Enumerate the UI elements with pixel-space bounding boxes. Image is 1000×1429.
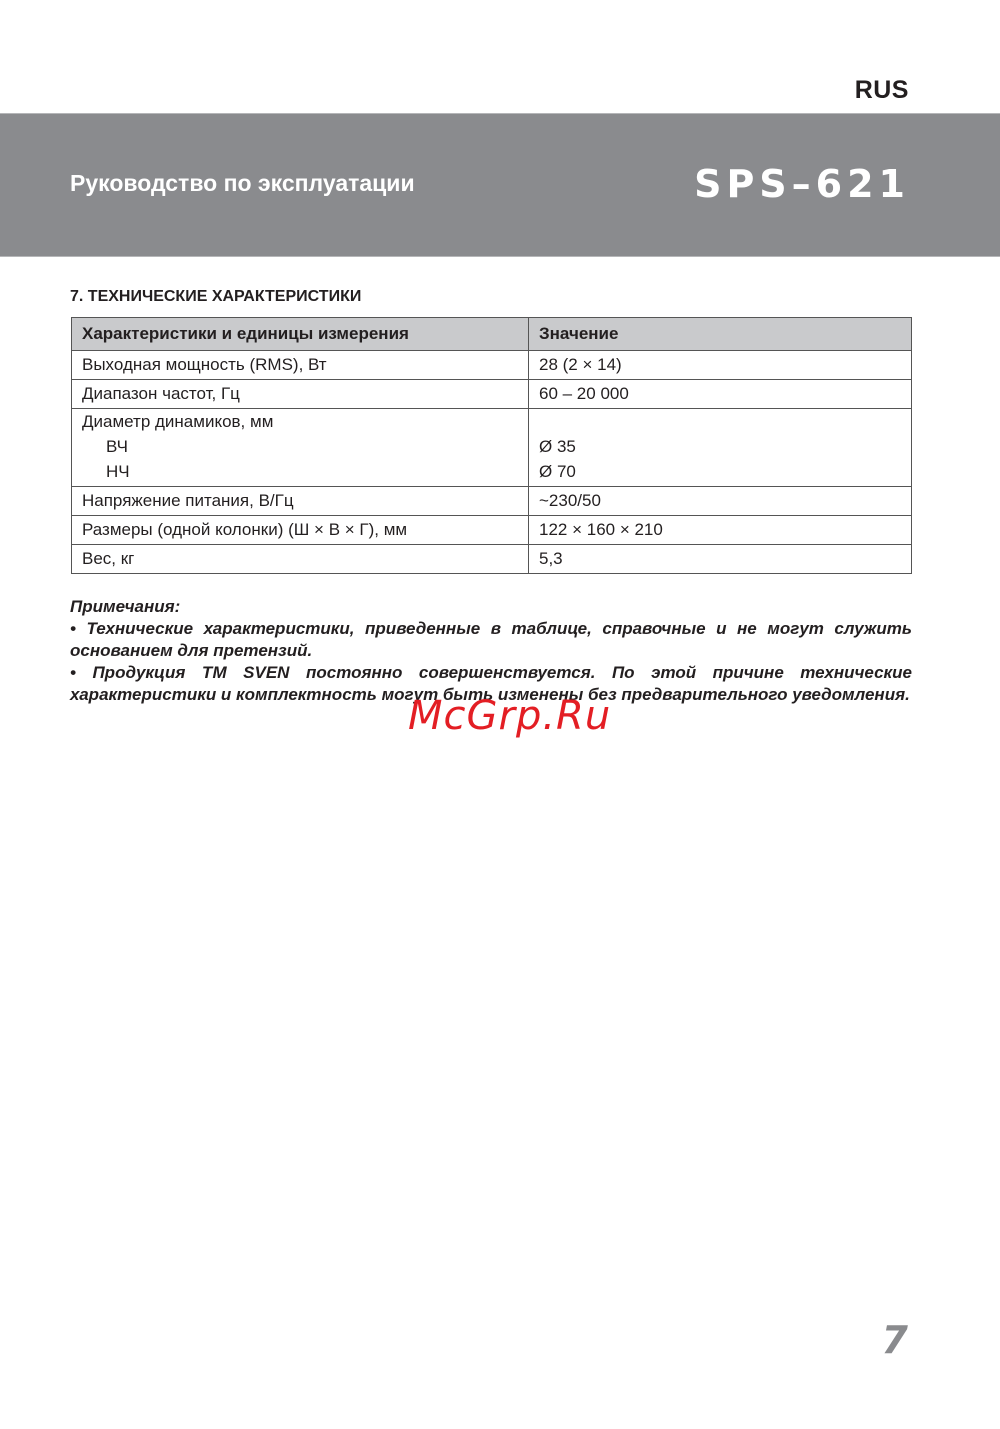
model-name: SPS–621 xyxy=(694,162,910,206)
language-label: RUS xyxy=(855,76,909,105)
row-value-group: Ø 35 Ø 70 xyxy=(529,409,912,487)
table-row: Выходная мощность (RMS), Вт 28 (2 × 14) xyxy=(72,351,912,380)
section-title: 7. ТЕХНИЧЕСКИЕ ХАРАКТЕРИСТИКИ xyxy=(70,288,361,306)
table-row: Вес, кг 5,3 xyxy=(72,545,912,574)
table-row: Напряжение питания, В/Гц ~230/50 xyxy=(72,487,912,516)
row-subvalue-hf: Ø 35 xyxy=(539,434,901,459)
row-label: Вес, кг xyxy=(72,545,529,574)
row-value: ~230/50 xyxy=(529,487,912,516)
row-value: 28 (2 × 14) xyxy=(529,351,912,380)
row-value: 60 – 20 000 xyxy=(529,380,912,409)
row-label-group: Диаметр динамиков, мм ВЧ НЧ xyxy=(72,409,529,487)
notes-block: Примечания: • Технические характеристики… xyxy=(70,596,912,706)
row-label: Диапазон частот, Гц xyxy=(72,380,529,409)
row-label: Напряжение питания, В/Гц xyxy=(72,487,529,516)
row-value: 122 × 160 × 210 xyxy=(529,516,912,545)
header-characteristic: Характеристики и единицы измерения xyxy=(72,318,529,351)
header-value: Значение xyxy=(529,318,912,351)
table-row: Диапазон частот, Гц 60 – 20 000 xyxy=(72,380,912,409)
row-label: Диаметр динамиков, мм xyxy=(82,409,518,434)
watermark: McGrp.Ru xyxy=(408,693,611,739)
row-sublabel-hf: ВЧ xyxy=(82,434,518,459)
page-number: 7 xyxy=(882,1318,908,1362)
note-item: • Технические характеристики, приведенны… xyxy=(70,618,912,662)
row-value xyxy=(539,409,901,434)
table-row: Размеры (одной колонки) (Ш × В × Г), мм … xyxy=(72,516,912,545)
manual-title: Руководство по эксплуатации xyxy=(70,170,415,197)
row-subvalue-lf: Ø 70 xyxy=(539,459,901,484)
row-sublabel-lf: НЧ xyxy=(82,459,518,484)
table-header-row: Характеристики и единицы измерения Значе… xyxy=(72,318,912,351)
specs-table: Характеристики и единицы измерения Значе… xyxy=(71,317,912,574)
row-label: Размеры (одной колонки) (Ш × В × Г), мм xyxy=(72,516,529,545)
notes-title: Примечания: xyxy=(70,596,912,618)
header-banner: Руководство по эксплуатации SPS–621 xyxy=(0,113,1000,257)
table-row: Диаметр динамиков, мм ВЧ НЧ Ø 35 Ø 70 xyxy=(72,409,912,487)
row-label: Выходная мощность (RMS), Вт xyxy=(72,351,529,380)
row-value: 5,3 xyxy=(529,545,912,574)
